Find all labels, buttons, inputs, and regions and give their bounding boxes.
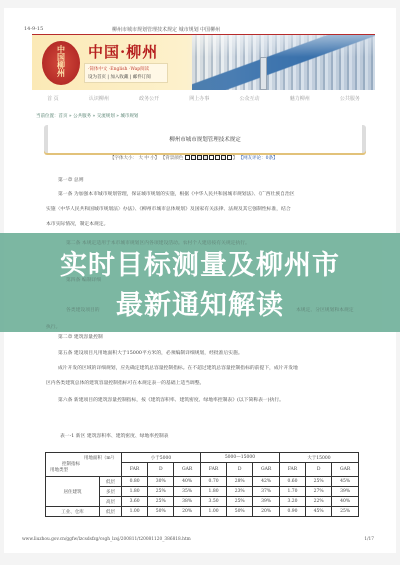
article-1: 第一条 为加强本市城市规划管理，保证城市规划的实施，根据《中华人民共和国城市规划…	[46, 192, 361, 198]
table-cell: 50%	[148, 507, 174, 517]
headline-line-1: 实时目标测量及柳州市	[0, 243, 400, 282]
chapter-1-heading: 第一章 总则	[46, 178, 361, 184]
table-header: FAR	[122, 463, 148, 477]
table-cell: 25%	[227, 497, 253, 507]
nav-item-home[interactable]: 首 页	[47, 95, 59, 102]
table-cell: 多层	[100, 487, 122, 497]
paragraph: 第五条 建设项目凡用地面积大于15000平方米的，必须编制详细规划，经批准后实施…	[46, 351, 361, 357]
table-cell: 35%	[174, 487, 201, 497]
table-header: D	[227, 463, 253, 477]
table-header: 大于15000	[279, 453, 358, 463]
table-cell: 3.20	[279, 497, 305, 507]
article-5: 第五条 建设项目凡用地面积大于15000平方米的，必须编制详细规划，经批准后实施…	[46, 351, 361, 357]
chapter-2-heading: 第二章 建筑容量控制	[46, 335, 361, 341]
print-title: 柳州市城市规划管理技术规定 城市规划 中国柳州	[112, 26, 220, 33]
table-cell: 1.00	[122, 507, 148, 517]
bg-swatch[interactable]	[209, 155, 214, 160]
paragraph: 本市实际情况，制定本规定。	[46, 222, 361, 228]
table-cell: 39%	[253, 497, 280, 507]
table-cell: 1.80	[200, 487, 226, 497]
language-links: ·简体中文 ·English ·Wap阅读 设为首页 | 加入收藏 | 邮件订阅	[84, 63, 168, 83]
print-footer-url: www.liuzhou.gov.cn/ggfw/lzcsdsfzg/csgh_l…	[22, 537, 191, 542]
breadcrumb[interactable]: 当前位置：首页 » 公共服务 » 交流规划 » 城市规划	[36, 113, 138, 119]
table-cell: 37%	[253, 487, 280, 497]
table-header: 5000—15000	[200, 453, 279, 463]
email-subscribe-link[interactable]: 邮件订阅	[133, 75, 151, 80]
table-cell: 38%	[174, 497, 201, 507]
table-cell: 42%	[253, 477, 280, 487]
tower-graphic	[260, 57, 267, 90]
table-cell: 27%	[306, 487, 332, 497]
article-title: 柳州市城市规划管理技术规定	[48, 135, 362, 143]
table-cell: 20%	[174, 507, 201, 517]
table-cell: 45%	[306, 507, 332, 517]
chapter-heading: 第一章 总则	[46, 178, 361, 184]
nav-item-charm[interactable]: 魅力柳州	[290, 95, 310, 102]
table-row: 工业、仓库 低层 1.00 50% 20% 1.00 50% 20% 0.90 …	[46, 507, 359, 517]
bg-swatch[interactable]	[215, 155, 220, 160]
control-table: 用地面积（m²） 控制指标 用地类型 小于5000 5000—15000 大于1…	[45, 452, 359, 517]
table-cell: 22%	[306, 497, 332, 507]
table-cell: 25%	[332, 507, 359, 517]
bg-color-label: 【背景颜色	[161, 156, 184, 161]
table-row: 居住建筑 低层 0.80 30% 40% 0.70 28% 42% 0.60 2…	[46, 477, 359, 487]
article-6: 第六条 新建项目的建筑容量控制指标，按《建筑容积率、建筑密度、绿地率控制表》(以…	[46, 398, 361, 404]
table-cell: 28%	[227, 477, 253, 487]
font-size-options[interactable]: 大 中 小】	[138, 156, 159, 161]
table-header: GAR	[174, 463, 201, 477]
font-size-label: 【字体大小：	[110, 156, 137, 161]
table-cell: 25%	[306, 477, 332, 487]
table-cell: 3.60	[122, 497, 148, 507]
lang-link-english[interactable]: ·English	[109, 67, 128, 72]
table-cell: 低层	[100, 507, 122, 517]
table-cell: 30%	[148, 477, 174, 487]
table-cell: 25%	[148, 487, 174, 497]
table-cell: 40%	[174, 477, 201, 487]
table-cell: 0.90	[279, 507, 305, 517]
table-cell: 25%	[148, 497, 174, 507]
nav-item-interaction[interactable]: 公众互动	[239, 95, 259, 102]
lang-link-wap[interactable]: ·Wap阅读	[129, 67, 149, 72]
table-header: GAR	[332, 463, 359, 477]
table-cell: 0.80	[122, 477, 148, 487]
paragraph: 区内各类建筑总体的建筑容量控制指标可在本规定表一的基础上适当调整。	[46, 381, 361, 387]
paragraph: 执行。	[46, 323, 60, 330]
add-favorite-link[interactable]: 加入收藏	[110, 75, 128, 80]
seal-text: 中国柳州	[54, 45, 68, 77]
headline-overlay: 第二条 本规定适用于本市城市规划区内各项建设活动。农村个人建房按有关规定执行。 …	[0, 233, 400, 332]
print-page-number: 1/17	[364, 537, 374, 542]
table-cell: 高层	[100, 497, 122, 507]
article-tools: 【字体大小： 大 中 小】 【背景颜色 】 【网友评论：0条】	[110, 155, 278, 161]
corner-label: 用地类型	[50, 468, 121, 474]
logo-seal-icon: 中国柳州	[42, 41, 80, 85]
paragraph: 第六条 新建项目的建筑容量控制指标，按《建筑容积率、建筑密度、绿地率控制表》(以…	[46, 398, 361, 404]
nav-item-online-services[interactable]: 网上办事	[189, 95, 209, 102]
main-nav: 首 页 认识柳州 政务公开 网上办事 公众互动 魅力柳州 公共服务	[32, 92, 375, 104]
bg-swatch[interactable]	[221, 155, 226, 160]
table-header: FAR	[279, 463, 305, 477]
table-cell: 39%	[332, 487, 359, 497]
table-cell: 20%	[253, 507, 280, 517]
table-cell: 居住建筑	[46, 477, 100, 507]
table-cell: 1.80	[122, 487, 148, 497]
table-cell: 工业、仓库	[46, 507, 100, 517]
table-cell: 50%	[227, 507, 253, 517]
paragraph: 成片开发的区域的详细规划，应先确定建筑总容量控制指标。在不超过建筑总容量控制指标…	[46, 366, 361, 372]
article-1-cont: 实施〈中华人民共和国城市规划法〉办法》、《柳州市城市总体规划》及国家有关法律、法…	[46, 207, 361, 213]
city-skyline-image	[192, 35, 375, 90]
bg-swatch[interactable]	[203, 155, 208, 160]
comments-link[interactable]: 【网友评论：0条】	[239, 156, 278, 161]
table-header: 小于5000	[122, 453, 201, 463]
table-header: D	[148, 463, 174, 477]
table-caption: 表一-1 新区 建筑容积率、建筑密度、绿地率控制表	[60, 432, 168, 439]
paragraph: 第一条 为加强本市城市规划管理，保证城市规划的实施，根据《中华人民共和国城市规划…	[46, 192, 361, 198]
site-banner: 中国柳州 中国·柳州 ·简体中文 ·English ·Wap阅读 设为首页 | …	[32, 35, 375, 90]
article-5-p2: 成片开发的区域的详细规划，应先确定建筑总容量控制指标。在不超过建筑总容量控制指标…	[46, 366, 361, 372]
article-5-p3: 区内各类建筑总体的建筑容量控制指标可在本规定表一的基础上适当调整。	[46, 381, 361, 387]
table-cell: 23%	[227, 487, 253, 497]
article-1-end: 本市实际情况，制定本规定。	[46, 222, 361, 228]
nav-item-about[interactable]: 认识柳州	[89, 95, 109, 102]
bg-swatch[interactable]	[197, 155, 202, 160]
chapter-heading: 第二章 建筑容量控制	[46, 335, 361, 341]
table-cell: 1.70	[279, 487, 305, 497]
table-cell: 0.70	[200, 477, 226, 487]
nav-item-gov-affairs[interactable]: 政务公开	[139, 95, 159, 102]
table-cell: 1.00	[200, 507, 226, 517]
table-cell: 40%	[332, 497, 359, 507]
nav-item-public-services[interactable]: 公共服务	[340, 95, 360, 102]
table-corner: 用地面积（m²） 控制指标 用地类型	[46, 453, 122, 477]
table-header: GAR	[253, 463, 280, 477]
table-cell: 低层	[100, 477, 122, 487]
table-header: D	[306, 463, 332, 477]
table-cell: 0.60	[279, 477, 305, 487]
site-brand[interactable]: 中国·柳州	[88, 41, 158, 62]
table-cell: 3.50	[200, 497, 226, 507]
print-date: 14-9-15	[24, 26, 43, 32]
article-title-box: 柳州市城市规划管理技术规定	[44, 125, 366, 153]
bg-swatch[interactable]	[185, 155, 190, 160]
headline-line-2: 最新通知解读	[0, 283, 400, 322]
set-homepage-link[interactable]: 设为首页	[88, 75, 106, 80]
table-cell: 45%	[332, 477, 359, 487]
bg-swatch[interactable]	[191, 155, 196, 160]
bg-swatch[interactable]	[227, 155, 232, 160]
lang-link-chinese[interactable]: ·简体中文	[88, 67, 107, 72]
table-header: FAR	[200, 463, 226, 477]
paragraph: 实施〈中华人民共和国城市规划法〉办法》、《柳州市城市总体规划》及国家有关法律、法…	[46, 207, 361, 213]
